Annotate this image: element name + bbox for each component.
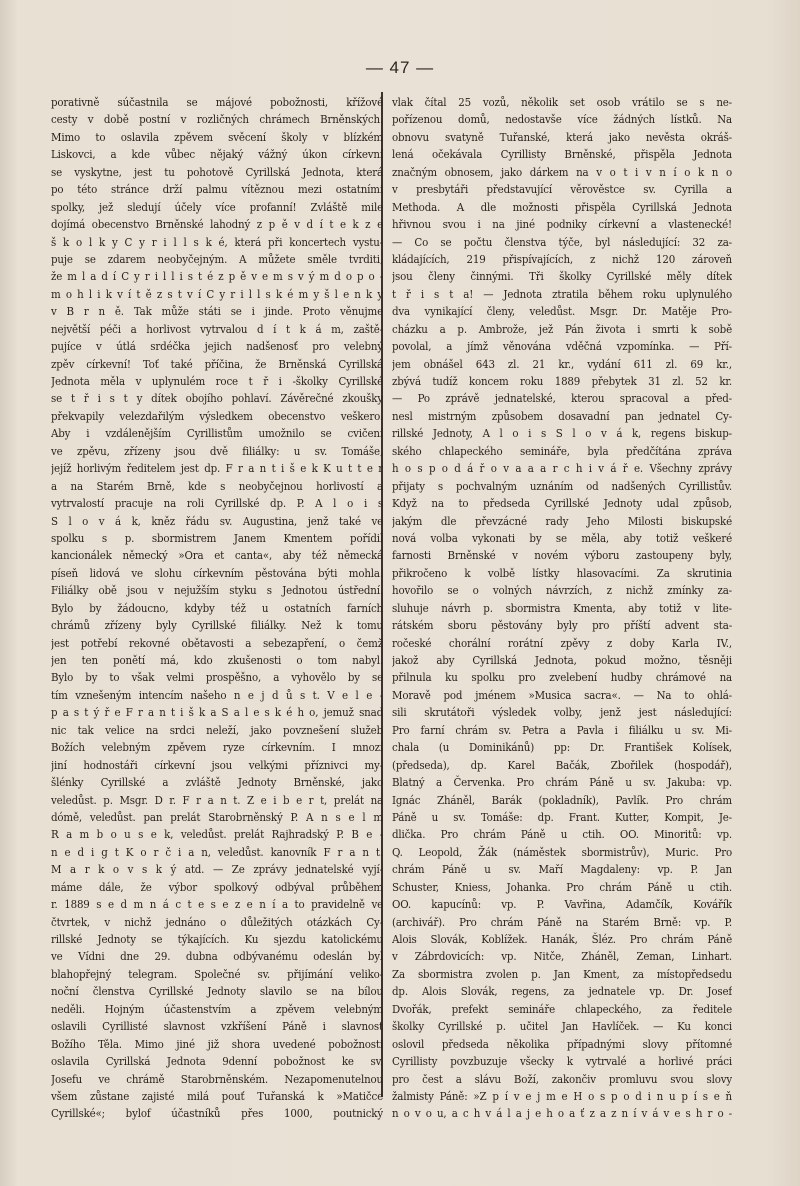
text-line: noční členstva Cyrillské Jednoty slavilo… [51, 983, 383, 1000]
text-line: Cyrillské«; bylof účastníků přes 1000, p… [51, 1105, 383, 1122]
text-line: vlak čítal 25 vozů, několik set osob vrá… [392, 94, 732, 111]
text-line: máme dále, že výbor spolkový odbýval prů… [51, 879, 383, 896]
text-line: tím vznešeným intencím našeho n e j d ů … [51, 687, 383, 704]
text-line: Za sbormistra zvolen p. Jan Kment, za mí… [392, 966, 732, 983]
text-line: Když na to předseda Cyrillské Jednoty ud… [392, 495, 732, 512]
text-line: p a s t ý ř e F r a n t i š k a S a l e … [51, 704, 383, 721]
text-line: — Po zprávě jednatelské, kterou spracova… [392, 390, 732, 407]
text-line: školky Cyrillské p. učitel Jan Havlíček.… [392, 1018, 732, 1035]
text-line: že m l a d í C y r i l l i s t é z p ě v… [51, 268, 383, 285]
text-line: h o s p o d á ř o v a a a r c h i v á ř … [392, 460, 732, 477]
text-line: Aby i vzdálenějším Cyrillistům umožnilo … [51, 425, 383, 442]
text-line: n e d i g t K o r č i a n, veledůst. kan… [51, 844, 383, 861]
text-line: pro čest a slávu Boží, zakončiv promluvu… [392, 1071, 732, 1088]
text-line: ve Vídni dne 29. dubna odbývanému odeslá… [51, 948, 383, 965]
text-line: Q. Leopold, Žák (náměstek sbormistrův), … [392, 844, 732, 861]
text-line: dva vynikající členy, veledůst. Msgr. Dr… [392, 303, 732, 320]
text-line: překvapily velezdařilým výsledkem obecen… [51, 408, 383, 425]
text-line: žalmisty Páně: »Z p í v e j m e H o s p … [392, 1088, 732, 1105]
text-line: Liskovci, a kde vůbec nějaký vážný úkon … [51, 146, 383, 163]
text-line: chala (u Dominikánů) pp: Dr. František K… [392, 739, 732, 756]
text-line: všem zůstane zajisté milá pouť Tuřanská … [51, 1088, 383, 1105]
text-line: Ignác Zháněl, Barák (pokladník), Pavlík.… [392, 792, 732, 809]
text-line: spolku s p. sbormistrem Janem Kmentem po… [51, 530, 383, 547]
text-line: dómě, veledůst. pan prelát Starobrněnský… [51, 809, 383, 826]
text-line: jem obnášel 643 zl. 21 kr., vydání 611 z… [392, 356, 732, 373]
text-line: neděli. Hojným účastenstvím a zpěvem vel… [51, 1001, 383, 1018]
text-line: zpěv církevní! Toť také příčina, že Brně… [51, 356, 383, 373]
text-line: (předseda), dp. Karel Bačák, Zbořilek (h… [392, 757, 732, 774]
page-number: — 47 — [0, 58, 800, 78]
text-line: Bylo by to však velmi prospěšno, a vyhov… [51, 669, 383, 686]
text-line: píseň lidová ve slohu církevním pěstován… [51, 565, 383, 582]
text-line: Filiálky obě jsou v nejužším styku s Jed… [51, 582, 383, 599]
text-line: Božích velebným zpěvem ryze církevním. I… [51, 739, 383, 756]
text-line: veledůst. p. Msgr. D r. F r a n t. Z e i… [51, 792, 383, 809]
text-line: puje se zdarem neobyčejným. A můžete smě… [51, 251, 383, 268]
text-line: cesty v době postní v rozličných chrámec… [51, 111, 383, 128]
text-line: (archivář). Pro chrám Páně na Starém Brn… [392, 914, 732, 931]
text-line: vytrvalostí pracuje na roli Cyrillské dp… [51, 495, 383, 512]
text-line: jen ten ponětí má, kdo zkušenosti o tom … [51, 652, 383, 669]
text-line: OO. kapucínů: vp. P. Vavřina, Adamčík, K… [392, 896, 732, 913]
text-line: nic tak velice na srdci neleží, jako pov… [51, 722, 383, 739]
text-line: hovořilo se o volných návrzích, z nichž … [392, 582, 732, 599]
text-line: jakým dle převzácné rady Jeho Milosti bi… [392, 513, 732, 530]
text-line: sili skrutátoři výsledek volby, jenž jes… [392, 704, 732, 721]
text-line: povolal, a jímž věnována vděčná vzpomínk… [392, 338, 732, 355]
text-line: — Co se počtu členstva týče, byl následu… [392, 234, 732, 251]
text-line: Blatný a Červenka. Pro chrám Páně u sv. … [392, 774, 732, 791]
text-line: čtvrtek, v nichž jednáno o důležitých ot… [51, 914, 383, 931]
text-line: Dvořák, prefekt semináře chlapeckého, za… [392, 1001, 732, 1018]
text-line: M a r k o v s k ý atd. — Ze zprávy jedna… [51, 861, 383, 878]
text-line: jejíž horlivým ředitelem jest dp. F r a … [51, 460, 383, 477]
text-line: v Zábrdovicích: vp. Nitče, Zháněl, Zeman… [392, 948, 732, 965]
text-line: S l o v á k, kněz řádu sv. Augustina, je… [51, 513, 383, 530]
text-line: š k o l k y C y r i l l s k é, která při… [51, 234, 383, 251]
text-line: Schuster, Kniess, Johanka. Pro chrám Pán… [392, 879, 732, 896]
text-line: hřivnou svou i na jiné podniky církevní … [392, 216, 732, 233]
text-line: nesl mistrným způsobem dosavadní pan jed… [392, 408, 732, 425]
text-line: blahopřejný telegram. Společné sv. přijí… [51, 966, 383, 983]
text-line: Bylo by žádoucno, kdyby též u ostatních … [51, 600, 383, 617]
text-line: t ř i s t a! — Jednota ztratila během ro… [392, 286, 732, 303]
text-line: Božího Těla. Mimo jiné již shora uvedené… [51, 1036, 383, 1053]
text-line: a na Starém Brně, kde s neobyčejnou horl… [51, 478, 383, 495]
text-line: lená očekávala Cyrillisty Brněnské, přis… [392, 146, 732, 163]
text-line: v presbytáři představující věrověstce sv… [392, 181, 732, 198]
text-line: nová volba vykonati by se měla, aby toti… [392, 530, 732, 547]
text-line: n o v o u, a c h v á l a j e h o a ť z a… [392, 1105, 732, 1122]
left-column: porativně súčastnila se májové pobožnost… [51, 94, 383, 1123]
text-line: pujíce v útlá srdéčka jejich nadšenosť p… [51, 338, 383, 355]
text-line: oslovil předseda několika případnými slo… [392, 1036, 732, 1053]
text-line: ského chlapeckého semináře, byla předčít… [392, 443, 732, 460]
text-line: jiní hodnostáři církevní jsou velkými př… [51, 757, 383, 774]
text-line: R a m b o u s e k, veledůst. prelát Rajh… [51, 826, 383, 843]
text-line: jakož aby Cyrillská Jednota, pokud možno… [392, 652, 732, 669]
text-line: chrámů zřízeny byly Cyrillské filiálky. … [51, 617, 383, 634]
text-line: cházku a p. Ambrože, jež Pán života i sm… [392, 321, 732, 338]
text-line: Cyrillisty povzbuzuje všecky k vytrvalé … [392, 1053, 732, 1070]
text-line: m o h l i k v í t ě z s t v í C y r i l … [51, 286, 383, 303]
text-line: Mimo to oslavila zpěvem svěcení školy v … [51, 129, 383, 146]
text-line: Alois Slovák, Koblížek. Hanák, Šléz. Pro… [392, 931, 732, 948]
text-line: Moravě pod jménem »Musica sacra«. — Na t… [392, 687, 732, 704]
text-line: kládajících, 219 přispívajících, z nichž… [392, 251, 732, 268]
text-line: spolky, jež sledují účely více profanní!… [51, 199, 383, 216]
text-line: ve zpěvu, zřízeny jsou dvě filiálky: u s… [51, 443, 383, 460]
text-line: značným obnosem, jako dárkem na v o t i … [392, 164, 732, 181]
text-line: farnosti Brněnské v novém výboru zastoup… [392, 547, 732, 564]
text-line: v B r n ě. Tak může státi se i jinde. Pr… [51, 303, 383, 320]
text-line: dp. Alois Slovák, regens, za jednatele v… [392, 983, 732, 1000]
text-line: dojímá obecenstvo Brněnské lahodný z p ě… [51, 216, 383, 233]
text-line: rillské Jednoty se týkajících. Ku sjezdu… [51, 931, 383, 948]
text-line: dlička. Pro chrám Páně u ctih. OO. Minor… [392, 826, 732, 843]
text-line: jsou členy činnými. Tři školky Cyrillské… [392, 268, 732, 285]
text-line: Jednota měla v uplynulém roce t ř i -ško… [51, 373, 383, 390]
text-line: největší péči a horlivost vytrvalou d í … [51, 321, 383, 338]
text-line: obnovu svatyně Tuřanské, která jako nevě… [392, 129, 732, 146]
text-line: r. 1889 s e d m n á c t e s e z e n í a … [51, 896, 383, 913]
text-line: přijaty s pochvalným uznáním od nadšenýc… [392, 478, 732, 495]
text-line: porativně súčastnila se májové pobožnost… [51, 94, 383, 111]
text-line: přikročeno k volbě lístky hlasovacími. Z… [392, 565, 732, 582]
text-line: oslavili Cyrillisté slavnost vzkříšení P… [51, 1018, 383, 1035]
text-line: se t ř i s t y dítek obojího pohlaví. Zá… [51, 390, 383, 407]
text-line: sluhuje návrh p. sbormistra Kmenta, aby … [392, 600, 732, 617]
text-line: po této stránce drží palmu vítěznou mezi… [51, 181, 383, 198]
text-line: přilnula ku spolku pro zvelebení hudby c… [392, 669, 732, 686]
text-line: Methoda. A dle možnosti přispěla Cyrills… [392, 199, 732, 216]
text-line: rillské Jednoty, A l o i s S l o v á k, … [392, 425, 732, 442]
text-line: rátském sboru pěstovány byly pro příští … [392, 617, 732, 634]
text-line: zbývá tudíž koncem roku 1889 přebytek 31… [392, 373, 732, 390]
text-line: jest potřebí rekovné obětavosti a sebeza… [51, 635, 383, 652]
text-line: oslavila Cyrillská Jednota 9denní pobožn… [51, 1053, 383, 1070]
text-line: Pro farní chrám sv. Petra a Pavla i fili… [392, 722, 732, 739]
text-line: pořízenou domů, nedostavše více žádných … [392, 111, 732, 128]
text-line: kancionálek německý »Ora et canta«, aby … [51, 547, 383, 564]
text-line: se vyskytne, jest tu pohotově Cyrillská … [51, 164, 383, 181]
text-line: Josefu ve chrámě Starobrněnském. Nezapom… [51, 1071, 383, 1088]
text-line: chrám Páně u sv. Maří Magdaleny: vp. P. … [392, 861, 732, 878]
right-column: vlak čítal 25 vozů, několik set osob vrá… [392, 94, 732, 1123]
text-line: ročeské chorální rorátní zpěvy z doby Ka… [392, 635, 732, 652]
text-line: Páně u sv. Tomáše: dp. Frant. Kutter, Ko… [392, 809, 732, 826]
text-line: šlénky Cyrillské a zvláště Jednoty Brněn… [51, 774, 383, 791]
